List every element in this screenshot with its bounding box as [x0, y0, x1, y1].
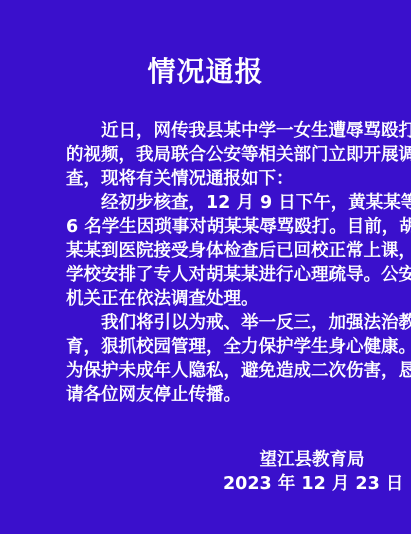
text-line: 育，狠抓校园管理，全力保护学生身心健康。: [31, 335, 381, 359]
text-line: 请各位网友停止传播。: [31, 383, 381, 407]
text-line: 的视频，我局联合公安等相关部门立即开展调: [31, 143, 381, 167]
notice-page: 情况通报 近日，网传我县某中学一女生遭辱骂殴打 的视频，我局联合公安等相关部门立…: [0, 0, 411, 534]
text-line: 经初步核查，12 月 9 日下午，黄某某等: [31, 191, 381, 215]
text-line: 6 名学生因琐事对胡某某辱骂殴打。目前，胡: [31, 215, 381, 239]
text-line: 某某到医院接受身体检查后已回校正常上课，: [31, 239, 381, 263]
paragraph-findings: 经初步核查，12 月 9 日下午，黄某某等 6 名学生因琐事对胡某某辱骂殴打。目…: [31, 191, 381, 311]
notice-title: 情况通报: [0, 55, 411, 89]
issue-date: 2023 年 12 月 23 日: [223, 472, 403, 496]
text-line: 为保护未成年人隐私，避免造成二次伤害，恳: [31, 359, 381, 383]
notice-body: 近日，网传我县某中学一女生遭辱骂殴打 的视频，我局联合公安等相关部门立即开展调 …: [31, 119, 381, 407]
text-line: 机关正在依法调查处理。: [31, 287, 381, 311]
text-line: 我们将引以为戒、举一反三，加强法治教: [31, 311, 381, 335]
paragraph-intro: 近日，网传我县某中学一女生遭辱骂殴打 的视频，我局联合公安等相关部门立即开展调 …: [31, 119, 381, 191]
paragraph-measures: 我们将引以为戒、举一反三，加强法治教 育，狠抓校园管理，全力保护学生身心健康。 …: [31, 311, 381, 407]
issuing-organization: 望江县教育局: [242, 448, 382, 472]
text-line: 查，现将有关情况通报如下：: [31, 167, 381, 191]
text-line: 学校安排了专人对胡某某进行心理疏导。公安: [31, 263, 381, 287]
signature-block: 望江县教育局 2023 年 12 月 23 日: [225, 448, 403, 496]
text-line: 近日，网传我县某中学一女生遭辱骂殴打: [31, 119, 381, 143]
